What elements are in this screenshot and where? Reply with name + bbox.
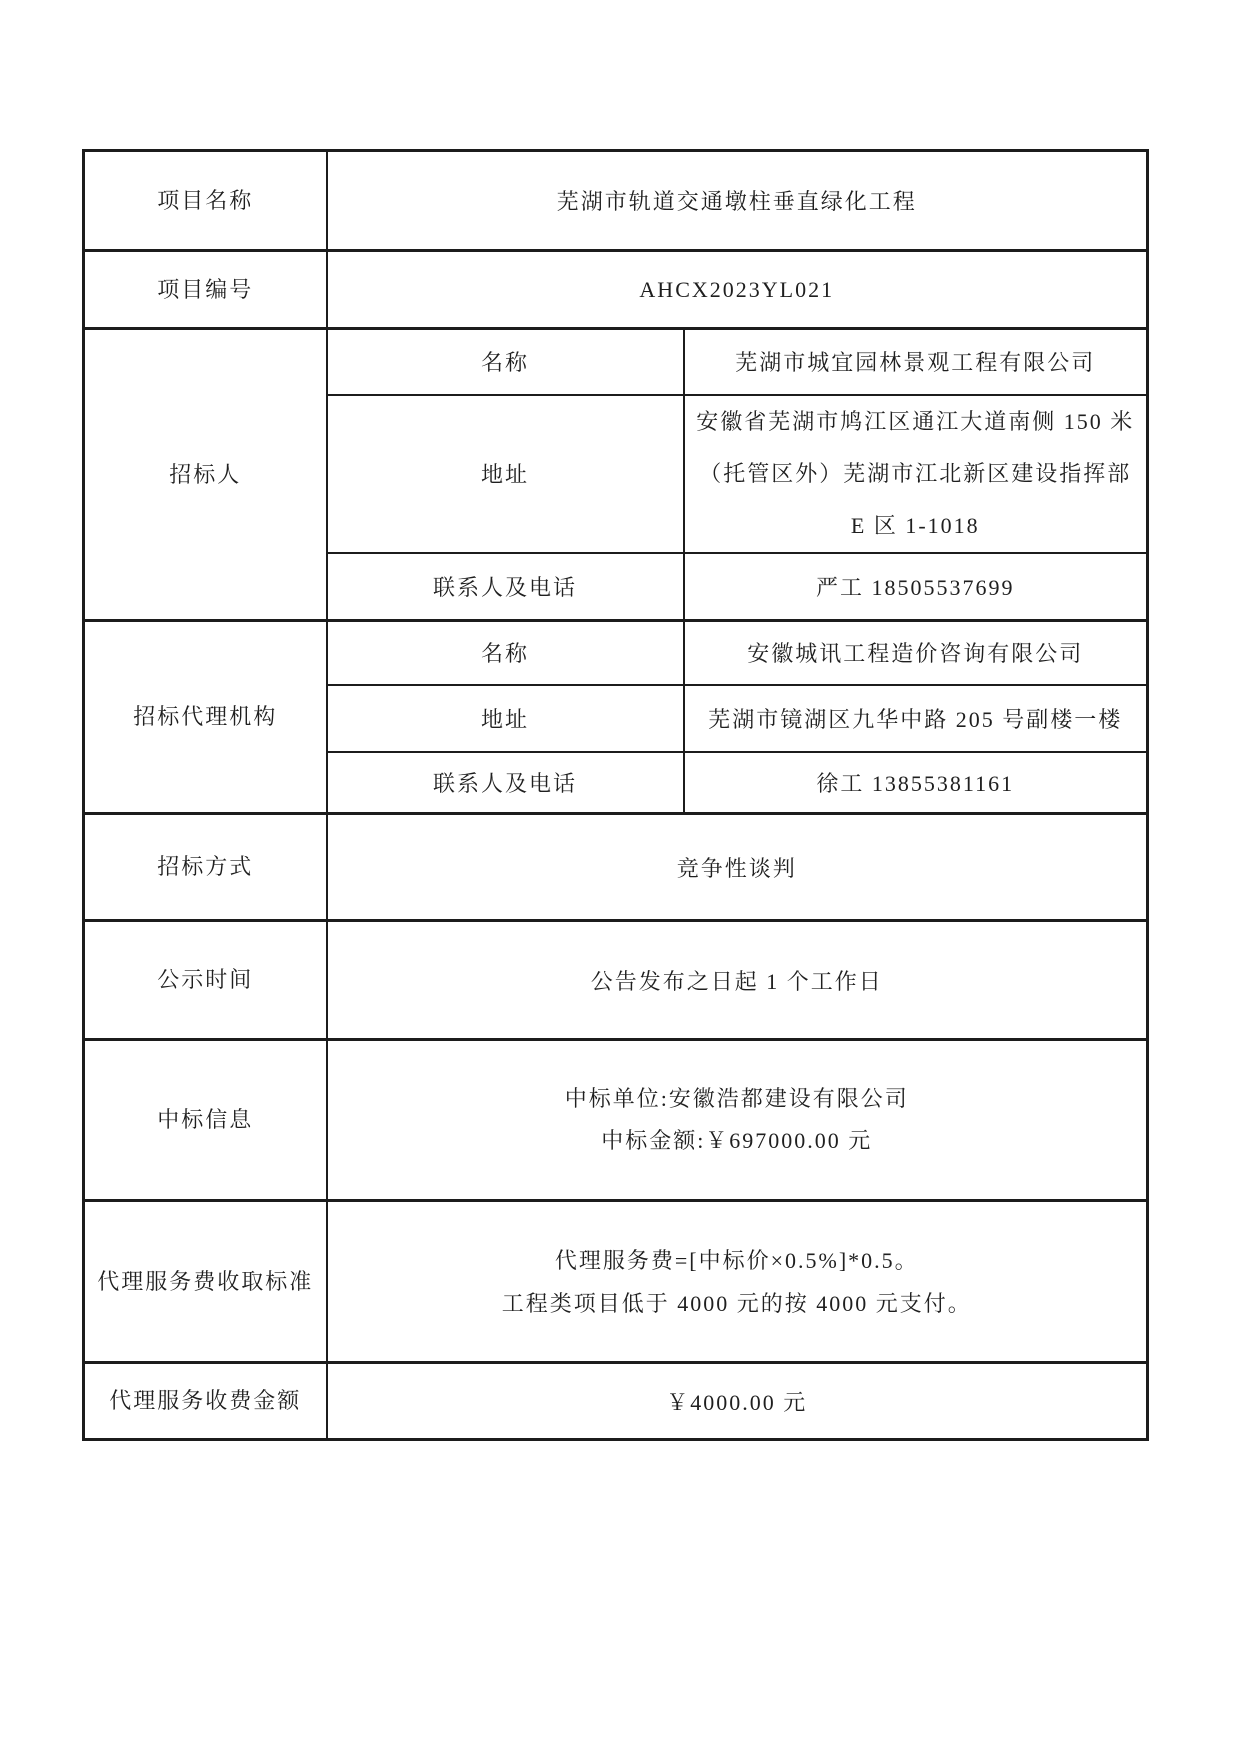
agency-address-value: 芜湖市镜湖区九华中路 205 号副楼一楼: [684, 685, 1148, 752]
publicity-label: 公示时间: [84, 921, 327, 1040]
tender-result-table: 项目名称 芜湖市轨道交通墩柱垂直绿化工程 项目编号 AHCX2023YL021 …: [82, 149, 1149, 1441]
agency-name-value: 安徽城讯工程造价咨询有限公司: [684, 621, 1148, 685]
agency-address-label: 地址: [327, 685, 684, 752]
tenderer-address-line-1: 安徽省芜湖市鸠江区通江大道南侧 150 米: [695, 396, 1137, 448]
award-row: 中标信息 中标单位:安徽浩都建设有限公司 中标金额:￥697000.00 元: [84, 1040, 1148, 1201]
fee-standard-row: 代理服务费收取标准 代理服务费=[中标价×0.5%]*0.5。 工程类项目低于 …: [84, 1201, 1148, 1363]
tenderer-address-label: 地址: [327, 395, 684, 553]
project-name-row: 项目名称 芜湖市轨道交通墩柱垂直绿化工程: [84, 151, 1148, 251]
fee-amount-value: ￥4000.00 元: [327, 1363, 1148, 1440]
fee-amount-label: 代理服务收费金额: [84, 1363, 327, 1440]
fee-standard-minimum-line: 工程类项目低于 4000 元的按 4000 元支付。: [338, 1282, 1137, 1325]
project-no-row: 项目编号 AHCX2023YL021: [84, 251, 1148, 329]
agency-name-row: 招标代理机构 名称 安徽城讯工程造价咨询有限公司: [84, 621, 1148, 685]
agency-contact-value: 徐工 13855381161: [684, 752, 1148, 814]
document-page: 项目名称 芜湖市轨道交通墩柱垂直绿化工程 项目编号 AHCX2023YL021 …: [0, 0, 1240, 1754]
project-name-value: 芜湖市轨道交通墩柱垂直绿化工程: [327, 151, 1148, 251]
tenderer-address-line-2: （托管区外）芜湖市江北新区建设指挥部: [695, 448, 1137, 500]
fee-standard-value: 代理服务费=[中标价×0.5%]*0.5。 工程类项目低于 4000 元的按 4…: [327, 1201, 1148, 1363]
fee-amount-row: 代理服务收费金额 ￥4000.00 元: [84, 1363, 1148, 1440]
award-winner-line: 中标单位:安徽浩都建设有限公司: [338, 1078, 1137, 1120]
project-name-label: 项目名称: [84, 151, 327, 251]
award-value: 中标单位:安徽浩都建设有限公司 中标金额:￥697000.00 元: [327, 1040, 1148, 1201]
project-no-value: AHCX2023YL021: [327, 251, 1148, 329]
method-value: 竞争性谈判: [327, 814, 1148, 921]
tenderer-label: 招标人: [84, 329, 327, 621]
tenderer-name-row: 招标人 名称 芜湖市城宜园林景观工程有限公司: [84, 329, 1148, 395]
method-label: 招标方式: [84, 814, 327, 921]
tenderer-name-value: 芜湖市城宜园林景观工程有限公司: [684, 329, 1148, 395]
agency-name-label: 名称: [327, 621, 684, 685]
agency-label: 招标代理机构: [84, 621, 327, 814]
fee-standard-label: 代理服务费收取标准: [84, 1201, 327, 1363]
publicity-value: 公告发布之日起 1 个工作日: [327, 921, 1148, 1040]
tenderer-address-line-3: E 区 1-1018: [695, 500, 1137, 552]
fee-standard-formula-line: 代理服务费=[中标价×0.5%]*0.5。: [338, 1239, 1137, 1282]
publicity-row: 公示时间 公告发布之日起 1 个工作日: [84, 921, 1148, 1040]
tenderer-name-label: 名称: [327, 329, 684, 395]
method-row: 招标方式 竞争性谈判: [84, 814, 1148, 921]
tenderer-contact-value: 严工 18505537699: [684, 553, 1148, 621]
award-label: 中标信息: [84, 1040, 327, 1201]
agency-contact-label: 联系人及电话: [327, 752, 684, 814]
tenderer-contact-label: 联系人及电话: [327, 553, 684, 621]
project-no-label: 项目编号: [84, 251, 327, 329]
tenderer-address-value: 安徽省芜湖市鸠江区通江大道南侧 150 米 （托管区外）芜湖市江北新区建设指挥部…: [684, 395, 1148, 553]
award-amount-line: 中标金额:￥697000.00 元: [338, 1120, 1137, 1162]
